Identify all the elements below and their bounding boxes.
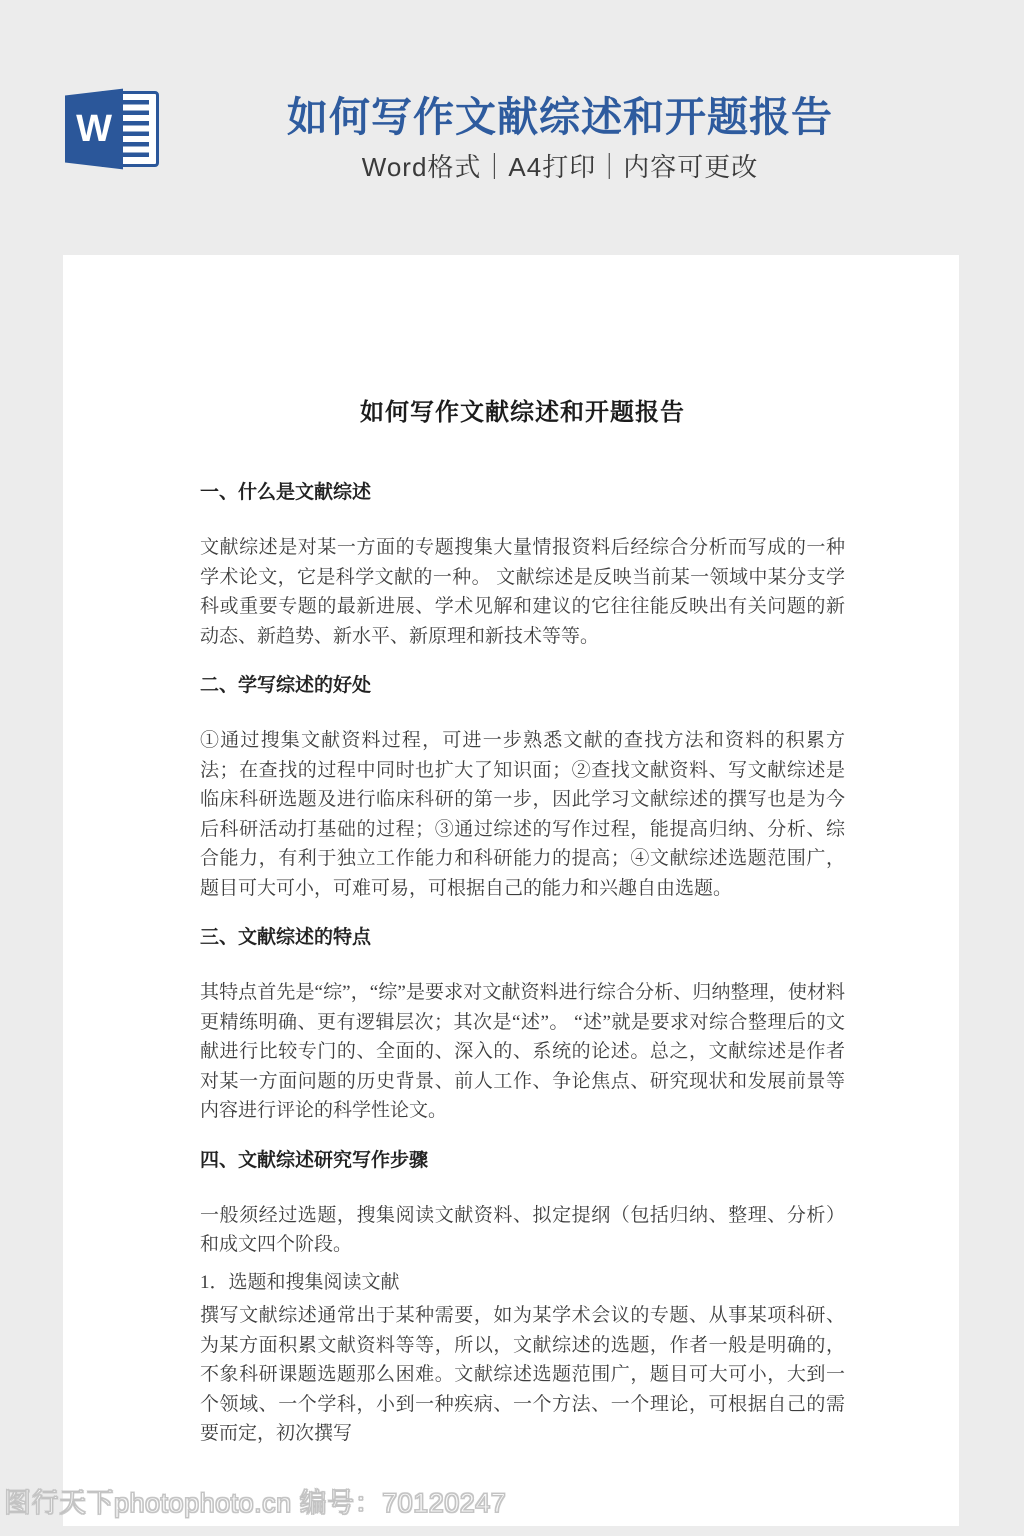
section-heading-1: 一、什么是文献综述 [200, 479, 845, 506]
section-paragraph-4: 一般须经过选题，搜集阅读文献资料、拟定提纲（包括归纳、整理、分析）和成文四个阶段… [200, 1201, 845, 1260]
watermark-text: 图行天下photophoto.cn 编号：70120247 [4, 1486, 506, 1520]
section-paragraph-3: 其特点首先是“综”，“综”是要求对文献资料进行综合分析、归纳整理，使材料更精练明… [200, 978, 845, 1126]
section-subheading-4-1: 1．选题和搜集阅读文献 [200, 1268, 845, 1298]
header-subtitle: Word格式｜A4打印｜内容可更改 [96, 152, 1024, 182]
document-page: 如何写作文献综述和开题报告 一、什么是文献综述 文献综述是对某一方面的专题搜集大… [63, 255, 959, 1526]
section-paragraph-1: 文献综述是对某一方面的专题搜集大量情报资料后经综合分析而写成的一种学术论文，它是… [200, 533, 845, 651]
section-paragraph-5: 撰写文献综述通常出于某种需要，如为某学术会议的专题、从事某项科研、为某方面积累文… [200, 1301, 845, 1449]
section-paragraph-2: ①通过搜集文献资料过程，可进一步熟悉文献的查找方法和资料的积累方法；在查找的过程… [200, 726, 845, 903]
preview-canvas: W 如何写作文献综述和开题报告 Word格式｜A4打印｜内容可更改 如何写作文献… [0, 0, 1024, 1536]
header-title: 如何写作文献综述和开题报告 [96, 92, 1024, 142]
section-heading-4: 四、文献综述研究写作步骤 [200, 1147, 845, 1174]
section-heading-2: 二、学写综述的好处 [200, 672, 845, 699]
doc-title: 如何写作文献综述和开题报告 [200, 395, 845, 431]
header-text: 如何写作文献综述和开题报告 Word格式｜A4打印｜内容可更改 [96, 92, 1024, 182]
section-heading-3: 三、文献综述的特点 [200, 924, 845, 951]
